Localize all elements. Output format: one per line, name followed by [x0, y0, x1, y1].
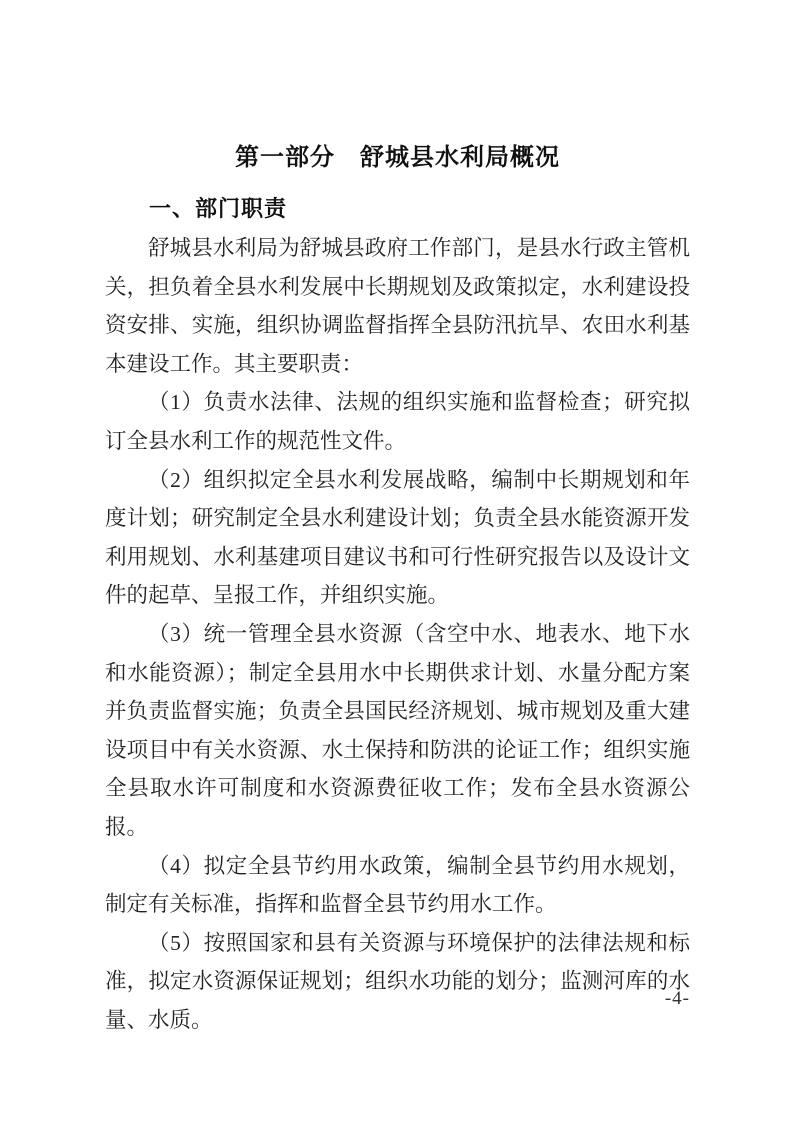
paragraph: （2）组织拟定全县水利发展战略，编制中长期规划和年度计划；研究制定全县水利建设计…	[105, 461, 690, 615]
paragraph: （4）拟定全县节约用水政策，编制全县节约用水规划，制定有关标准，指挥和监督全县节…	[105, 847, 690, 924]
page-number: -4-	[665, 988, 690, 1010]
document-content: 第一部分 舒城县水利局概况 一、部门职责 舒城县水利局为舒城县政府工作部门，是县…	[105, 0, 690, 1039]
paragraph: （5）按照国家和县有关资源与环境保护的法律法规和标准，拟定水资源保证规划；组织水…	[105, 924, 690, 1040]
body-paragraphs: 舒城县水利局为舒城县政府工作部门，是县水行政主管机关，担负着全县水利发展中长期规…	[105, 229, 690, 1039]
paragraph: （3）统一管理全县水资源（含空中水、地表水、地下水和水能资源）；制定全县用水中长…	[105, 615, 690, 847]
section-heading: 一、部门职责	[105, 195, 690, 223]
paragraph: 舒城县水利局为舒城县政府工作部门，是县水行政主管机关，担负着全县水利发展中长期规…	[105, 229, 690, 383]
document-title: 第一部分 舒城县水利局概况	[105, 141, 690, 175]
paragraph: （1）负责水法律、法规的组织实施和监督检查；研究拟订全县水利工作的规范性文件。	[105, 383, 690, 460]
document-page: 第一部分 舒城县水利局概况 一、部门职责 舒城县水利局为舒城县政府工作部门，是县…	[0, 0, 793, 1122]
